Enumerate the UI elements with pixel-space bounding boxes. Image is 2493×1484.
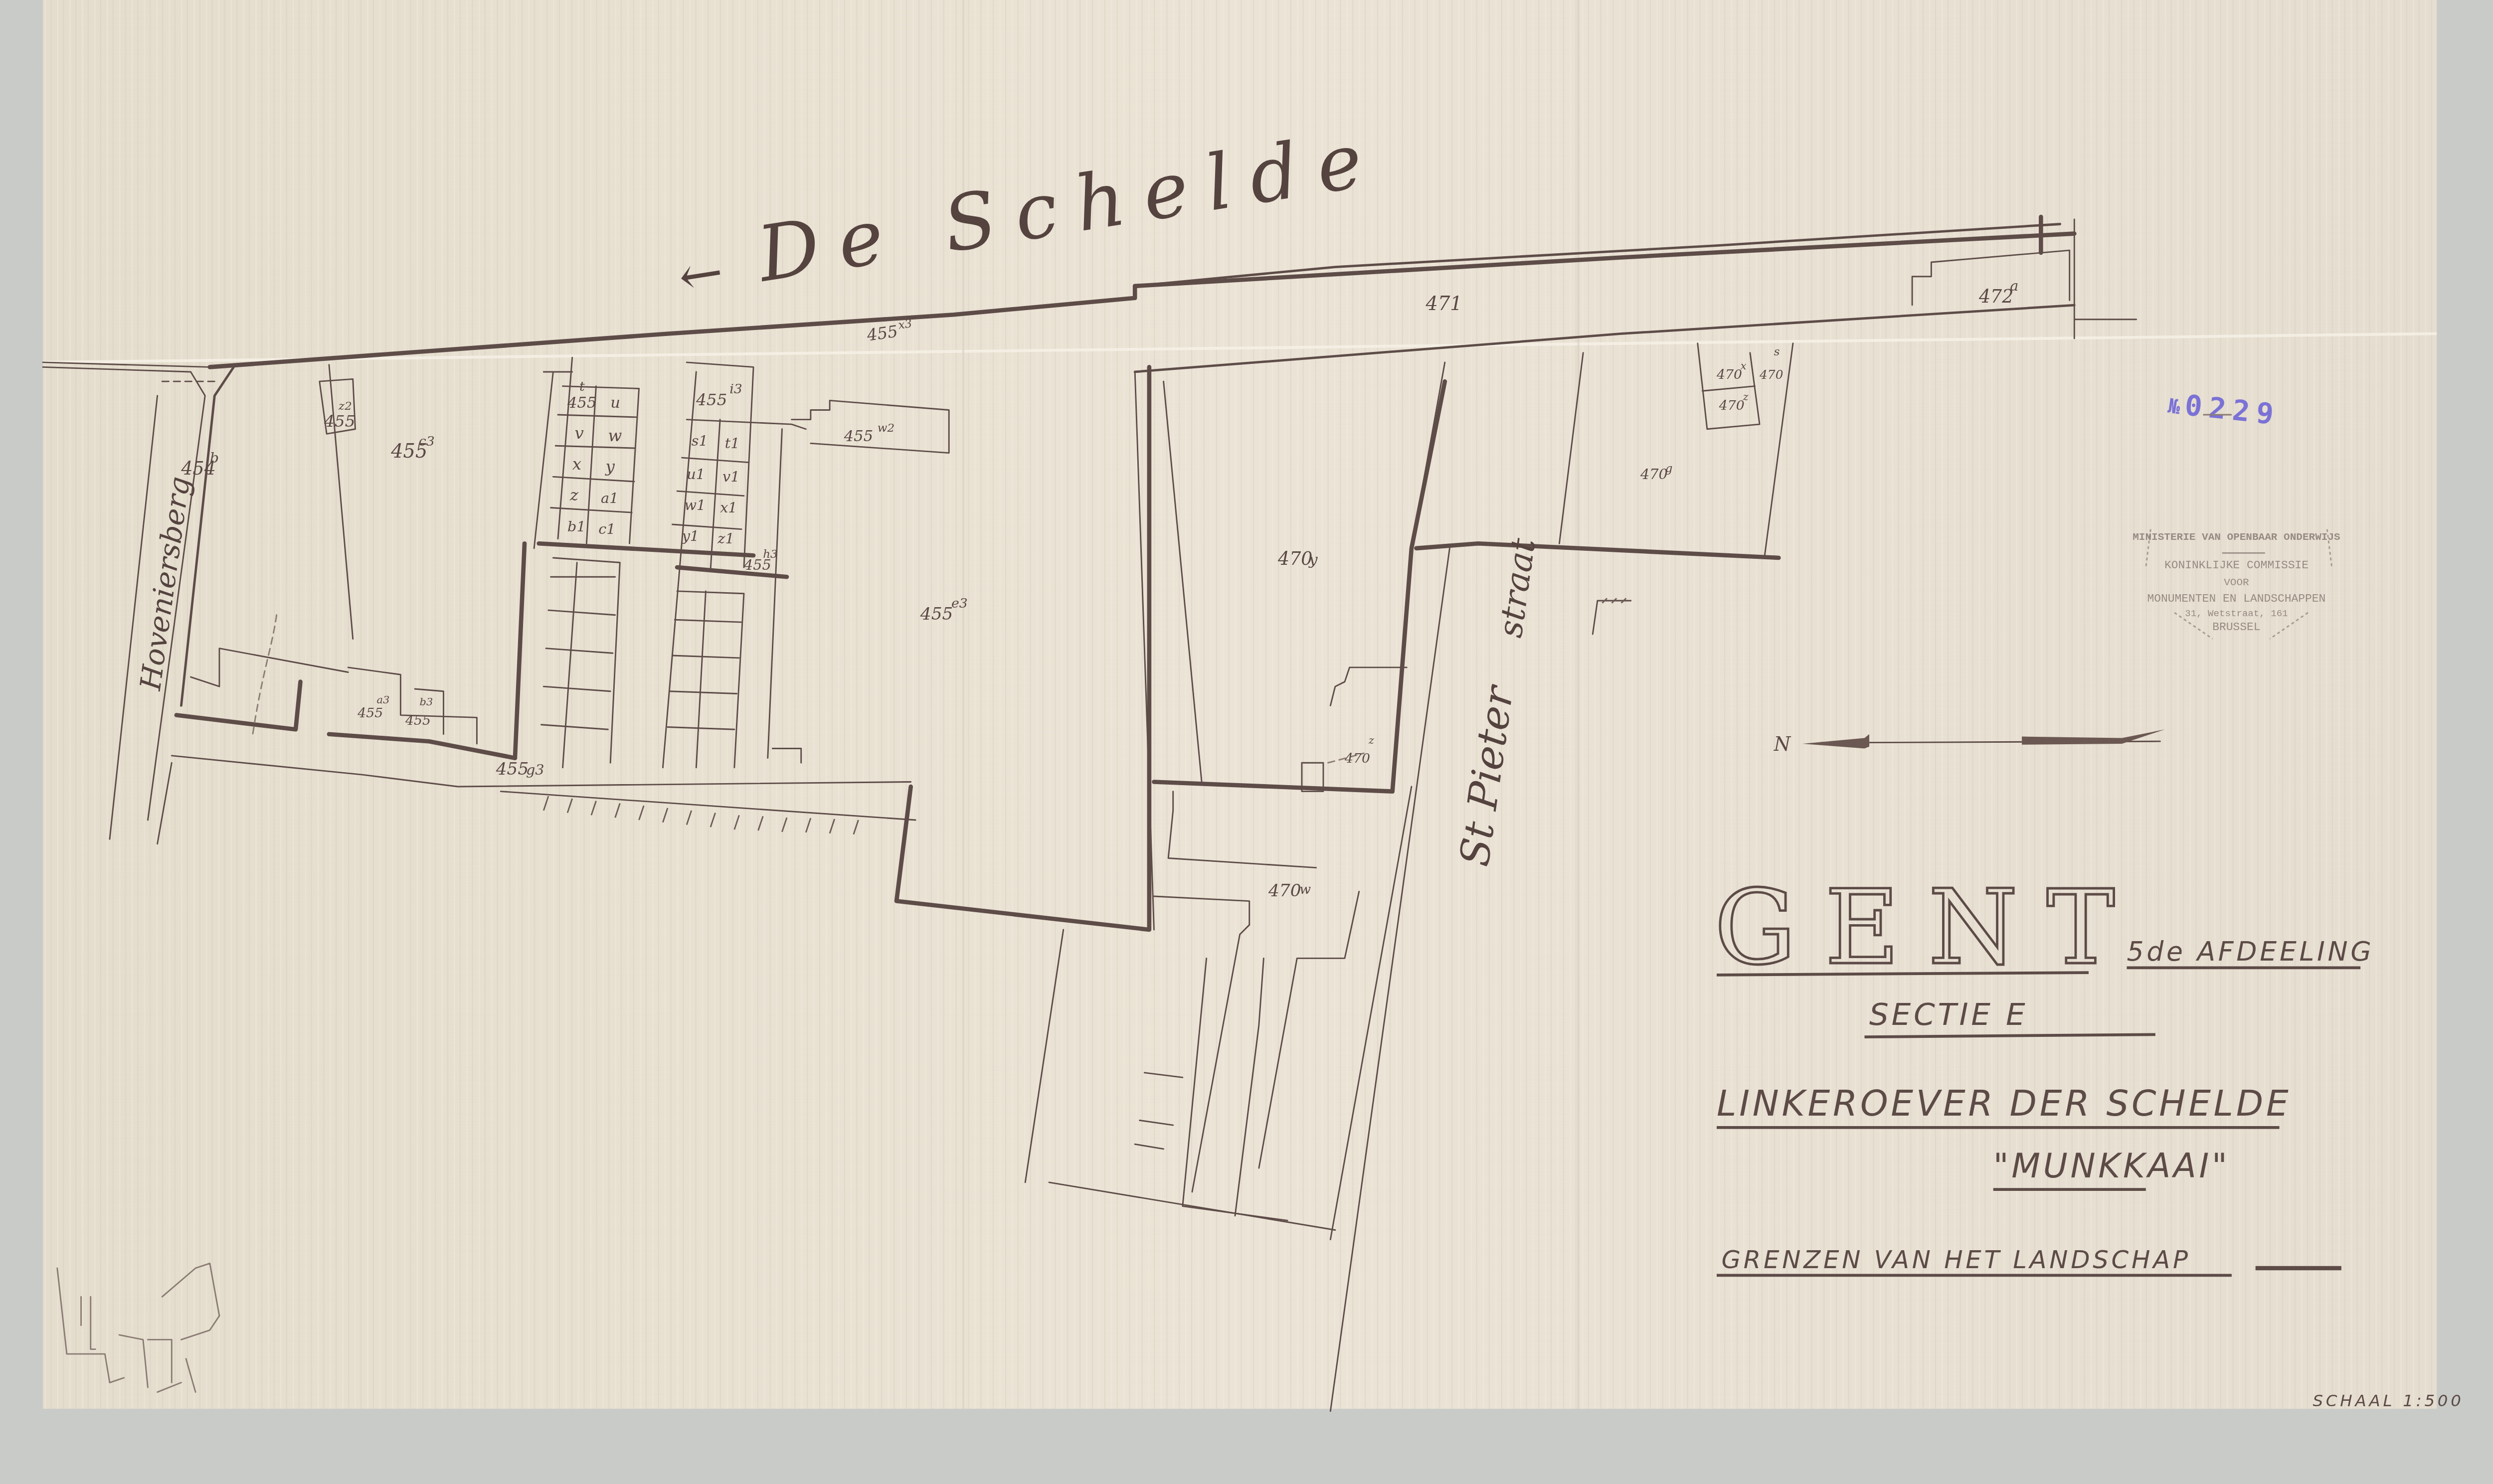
svg-text:472: 472 <box>1978 286 2013 307</box>
title-division: 5de AFDEELING <box>2127 936 2374 967</box>
parcel-455s1: s1 <box>692 432 708 449</box>
parcel-455u1: u1 <box>687 466 705 483</box>
svg-text:455: 455 <box>920 604 953 624</box>
svg-text:z: z <box>1743 390 1749 403</box>
svg-text:470: 470 <box>1344 751 1370 766</box>
svg-text:470: 470 <box>1268 881 1301 901</box>
svg-text:b3: b3 <box>420 695 433 708</box>
svg-text:z: z <box>1368 734 1375 746</box>
svg-text:455: 455 <box>844 428 873 445</box>
svg-text:31, Wetstraat, 161: 31, Wetstraat, 161 <box>2185 608 2288 619</box>
parcel-455g3: 455 g3 <box>496 759 544 779</box>
parcel-455v: v <box>574 424 584 443</box>
north-label: N <box>1774 733 1791 756</box>
svg-text:w: w <box>1299 882 1311 897</box>
parcel-455a1: a1 <box>601 490 618 506</box>
title-section: SECTIE E <box>1869 997 2028 1032</box>
parcel-455u: u <box>610 394 620 412</box>
svg-text:e3: e3 <box>951 596 968 611</box>
svg-text:455: 455 <box>357 705 383 721</box>
parcel-455x: x <box>572 455 581 474</box>
parcel-470y: 470 y <box>1277 548 1318 569</box>
parcel-455w1: w1 <box>684 496 706 513</box>
svg-text:w2: w2 <box>878 422 894 435</box>
svg-text:VOOR: VOOR <box>2224 577 2249 589</box>
parcel-455w: w <box>608 426 622 445</box>
svg-text:470: 470 <box>1719 398 1745 413</box>
parcel-455v1: v1 <box>722 468 739 485</box>
svg-text:KONINKLIJKE COMMISSIE: KONINKLIJKE COMMISSIE <box>2164 559 2309 572</box>
svg-text:i3: i3 <box>729 381 742 397</box>
svg-text:z2: z2 <box>338 400 352 413</box>
svg-text:a: a <box>2010 277 2018 294</box>
svg-text:b: b <box>210 449 219 466</box>
map-sheet: ← De Schelde Hoveniersberg St Pieter str… <box>0 0 2493 1419</box>
scale-label: SCHAAL 1:500 <box>2313 1391 2464 1410</box>
svg-text:BRUSSEL: BRUSSEL <box>2212 621 2260 634</box>
svg-text:t: t <box>579 379 585 394</box>
svg-text:y: y <box>1308 551 1318 569</box>
title-place: "MUNKKAAI" <box>1993 1147 2230 1185</box>
parcel-455y1: y1 <box>681 527 699 544</box>
parcel-455z1: z1 <box>717 530 734 547</box>
svg-text:a3: a3 <box>377 693 390 706</box>
svg-text:455: 455 <box>567 394 596 412</box>
legend-label: GRENZEN VAN HET LANDSCHAP <box>1722 1245 2191 1274</box>
parcel-455y: y <box>605 457 615 476</box>
parcel-455x1: x1 <box>720 499 737 516</box>
svg-text:470: 470 <box>1716 367 1742 382</box>
svg-text:470: 470 <box>1759 367 1783 382</box>
svg-text:470: 470 <box>1277 548 1312 569</box>
svg-text:s: s <box>1774 345 1780 358</box>
title-city: GENT <box>1714 868 2143 988</box>
svg-text:x: x <box>1741 359 1747 372</box>
svg-text:455: 455 <box>405 713 431 728</box>
cadastral-map: ← De Schelde Hoveniersberg St Pieter str… <box>0 0 2493 1419</box>
parcel-471: 471 <box>1425 293 1462 315</box>
svg-text:MONUMENTEN EN LANDSCHAPPEN: MONUMENTEN EN LANDSCHAPPEN <box>2147 592 2326 605</box>
svg-text:455: 455 <box>324 412 355 431</box>
svg-text:c3: c3 <box>419 434 435 449</box>
parcel-455b1: b1 <box>567 518 586 535</box>
parcel-455t1: t1 <box>725 435 740 452</box>
svg-text:455: 455 <box>496 759 529 779</box>
svg-text:MINISTERIE VAN OPENBAAR ONDERW: MINISTERIE VAN OPENBAAR ONDERWIJS <box>2133 531 2340 543</box>
svg-text:455: 455 <box>696 390 727 409</box>
svg-text:g3: g3 <box>526 761 544 778</box>
svg-text:g: g <box>1665 462 1673 475</box>
svg-text:470: 470 <box>1640 466 1668 483</box>
parcel-455z: z <box>569 486 579 504</box>
title-subtitle: LINKEROEVER DER SCHELDE <box>1717 1083 2291 1124</box>
parcel-455c1: c1 <box>598 520 615 537</box>
svg-text:h3: h3 <box>763 548 777 561</box>
svg-text:x3: x3 <box>897 317 913 332</box>
